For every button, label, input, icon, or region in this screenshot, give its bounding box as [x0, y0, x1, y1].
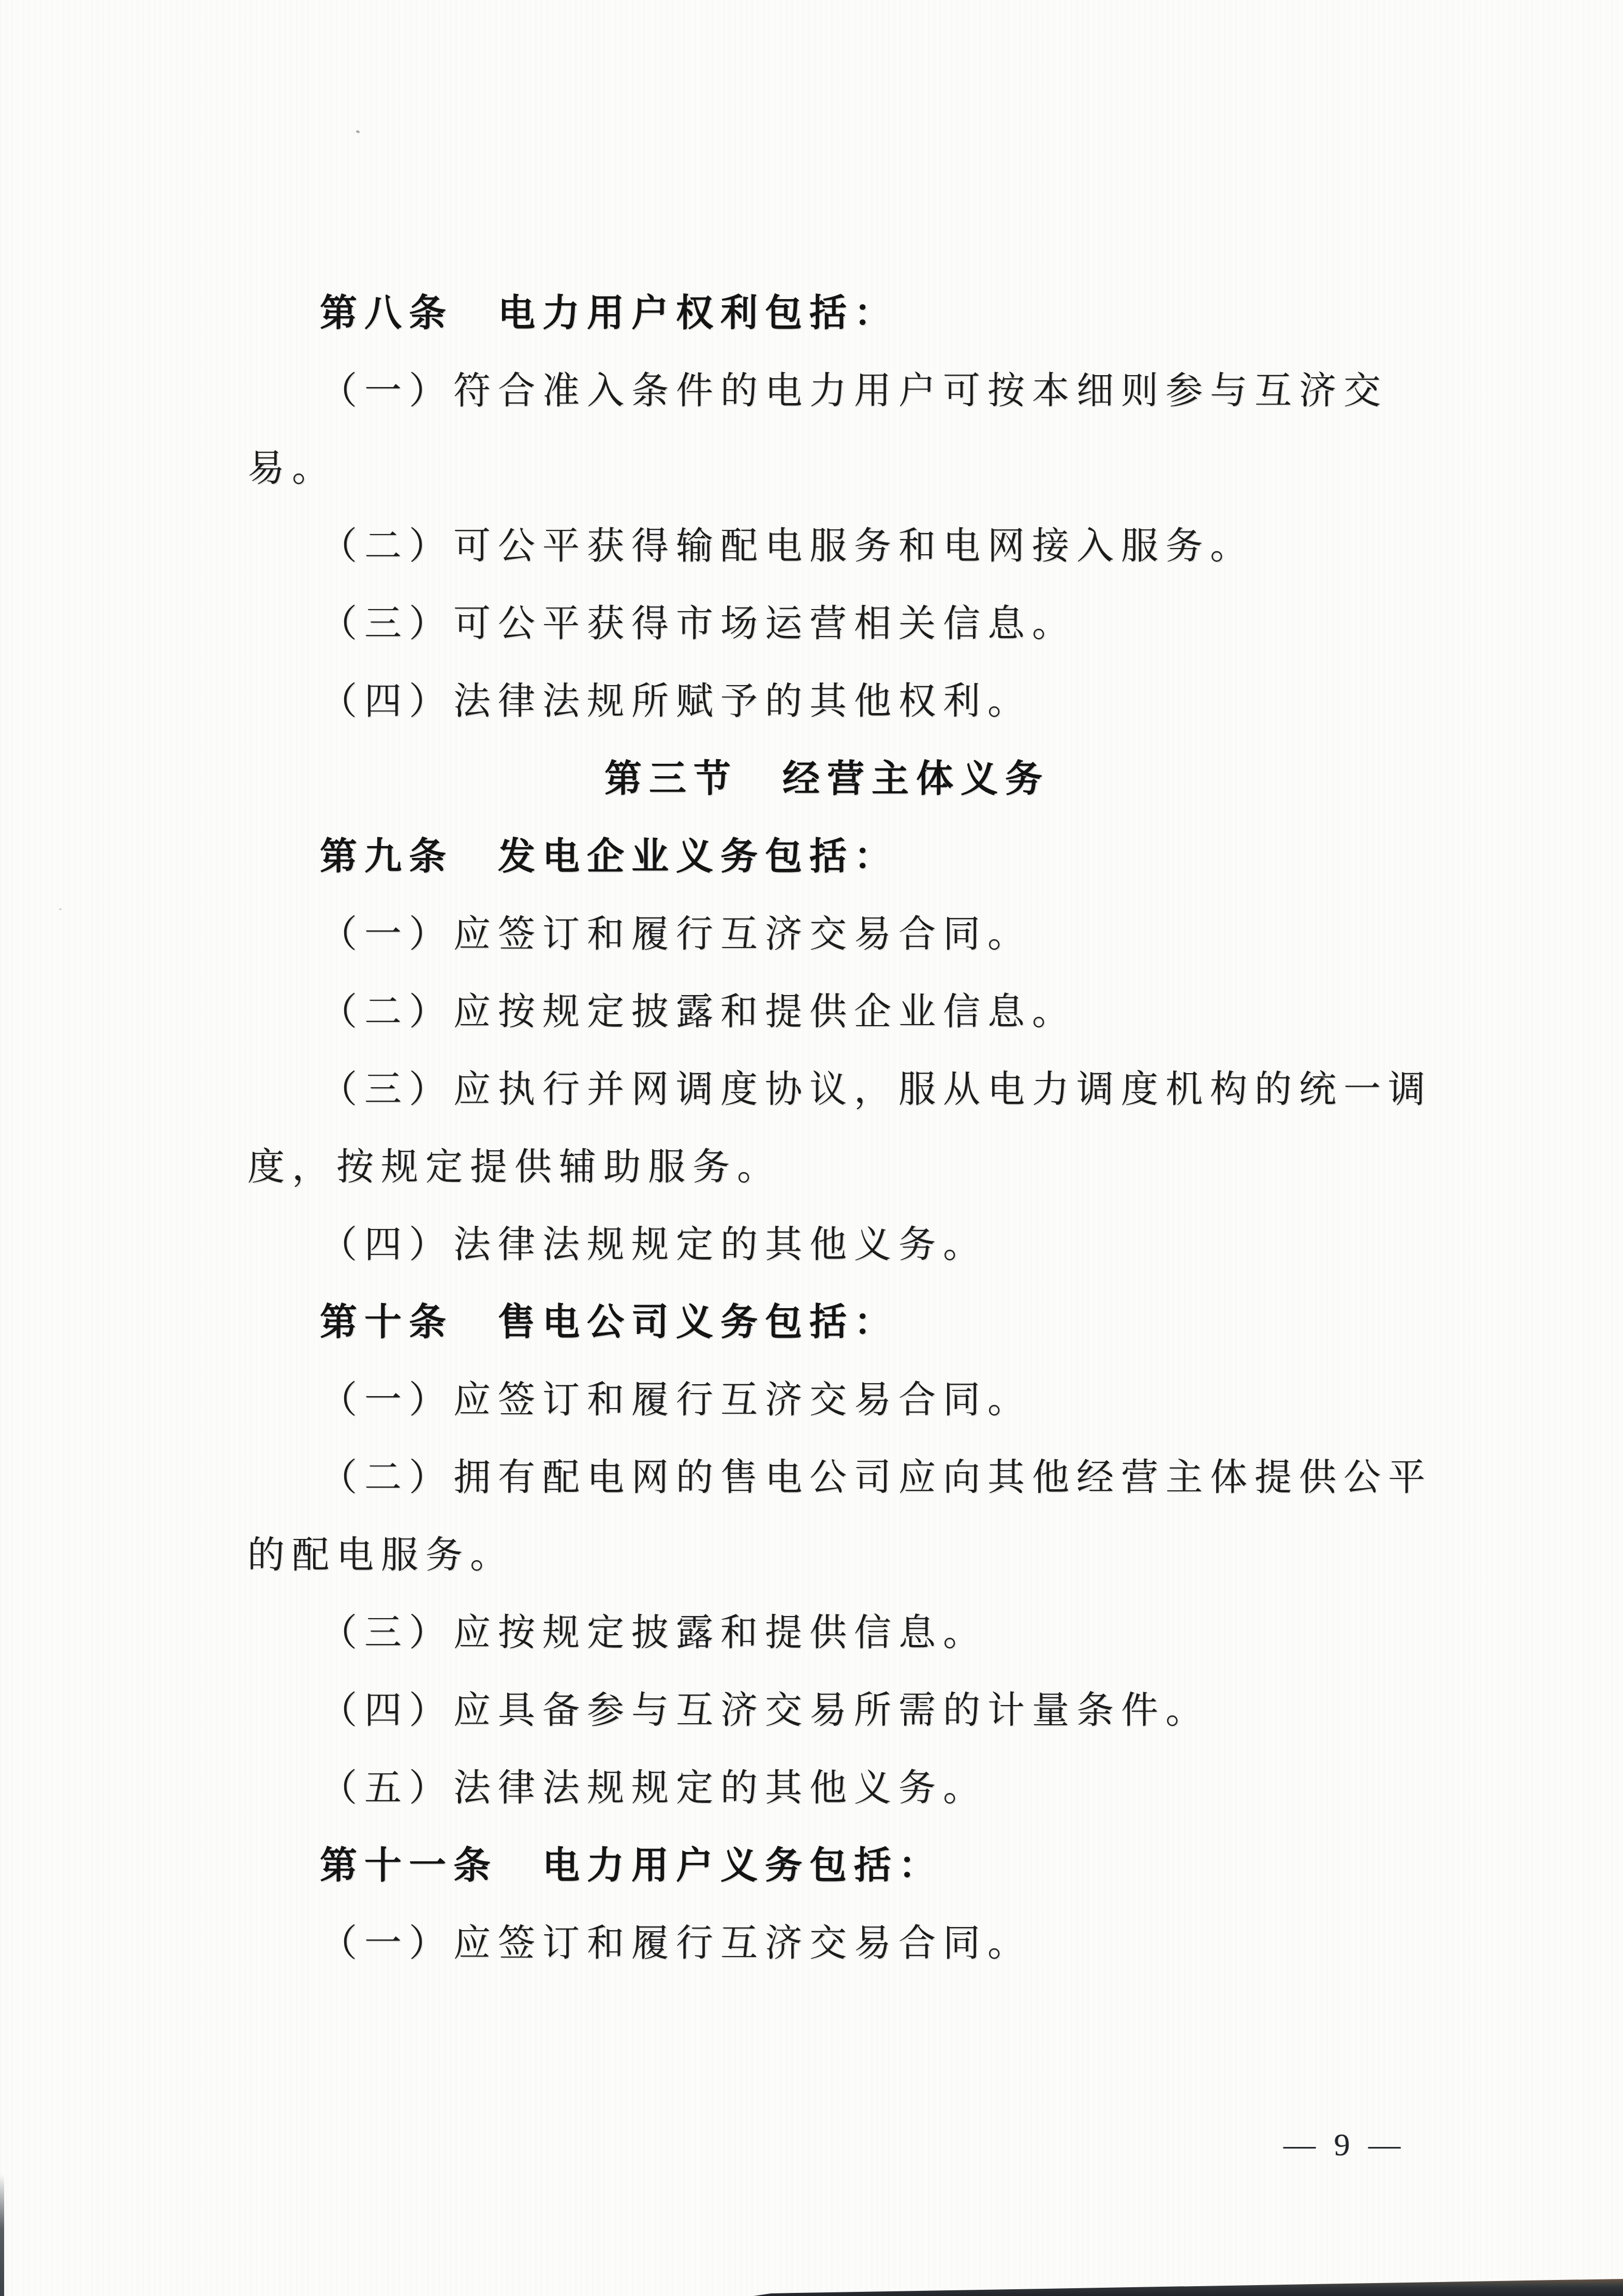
text-line: （三）可公平获得市场运营相关信息。: [247, 585, 1407, 662]
text-line: 度，按规定提供辅助服务。: [247, 1128, 1407, 1206]
text-line: （二）可公平获得输配电服务和电网接入服务。: [247, 507, 1407, 585]
scan-speck: [356, 130, 360, 134]
text-line: （一）应签订和履行互济交易合同。: [247, 895, 1407, 973]
text-line: （三）应执行并网调度协议，服从电力调度机构的统一调: [247, 1050, 1407, 1128]
text-line: （一）应签订和履行互济交易合同。: [247, 1904, 1407, 1982]
scanned-document-page: 第八条 电力用户权利包括：（一）符合准入条件的电力用户可按本细则参与互济交易。（…: [0, 0, 1623, 2296]
page-number: — 9 —: [1283, 2122, 1406, 2168]
scan-edge-left: [0, 2174, 4, 2296]
text-line: 易。: [247, 429, 1407, 507]
scan-edge-bottom: [754, 2277, 1623, 2296]
text-line: 第十条 售电公司义务包括：: [247, 1283, 1407, 1361]
text-line: （四）法律法规所赋予的其他权利。: [247, 662, 1407, 740]
text-line: （五）法律法规规定的其他义务。: [247, 1749, 1407, 1827]
text-line: 第九条 发电企业义务包括：: [247, 818, 1407, 895]
text-line: 第八条 电力用户权利包括：: [247, 274, 1407, 352]
text-line: （二）拥有配电网的售电公司应向其他经营主体提供公平: [247, 1439, 1407, 1516]
text-line: （一）应签订和履行互济交易合同。: [247, 1361, 1407, 1439]
text-line: （三）应按规定披露和提供信息。: [247, 1594, 1407, 1671]
text-line: （二）应按规定披露和提供企业信息。: [247, 973, 1407, 1050]
text-line: 的配电服务。: [247, 1516, 1407, 1594]
text-line: （一）符合准入条件的电力用户可按本细则参与互济交: [247, 352, 1407, 429]
text-line: （四）法律法规规定的其他义务。: [247, 1206, 1407, 1283]
scan-speck: [59, 908, 62, 910]
text-line: （四）应具备参与互济交易所需的计量条件。: [247, 1671, 1407, 1749]
text-line: 第十一条 电力用户义务包括：: [247, 1827, 1407, 1904]
text-line: 第三节 经营主体义务: [247, 740, 1407, 818]
document-body: 第八条 电力用户权利包括：（一）符合准入条件的电力用户可按本细则参与互济交易。（…: [247, 274, 1407, 1982]
